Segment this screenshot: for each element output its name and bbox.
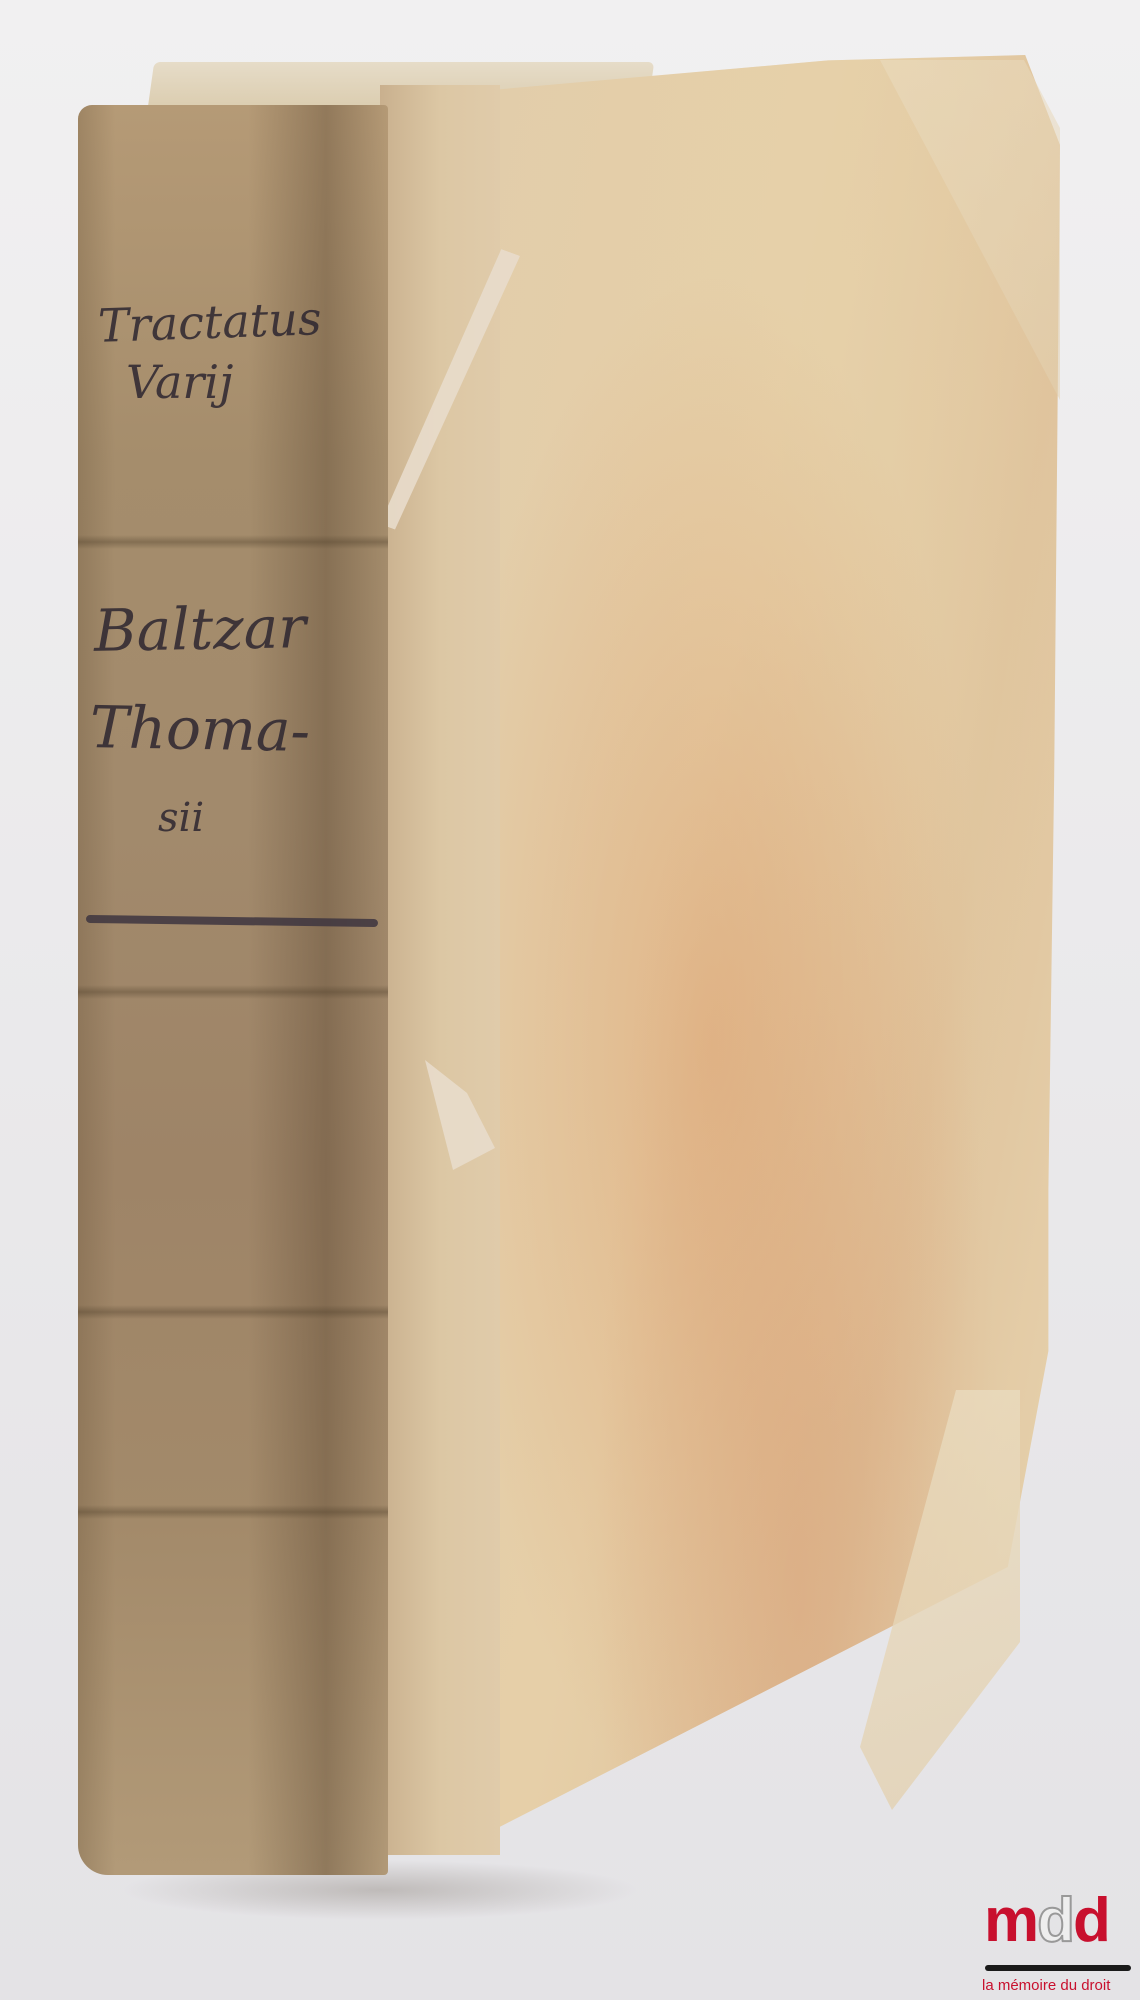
mdd-logo: mdd la mémoire du droit xyxy=(978,1890,1138,2000)
spine-raised-band xyxy=(78,985,388,999)
logo-tagline: la mémoire du droit xyxy=(982,1977,1110,1994)
spine-title-line2: Varij xyxy=(126,355,233,409)
spine-raised-band xyxy=(78,535,388,549)
book-photo: Tractatus Varij Baltzar Thoma- sii mdd l… xyxy=(0,0,1140,2000)
spine-raised-band xyxy=(78,1505,388,1519)
spine-hinge xyxy=(380,85,500,1855)
logo-underline xyxy=(985,1965,1131,1971)
logo-wordmark: mdd xyxy=(984,1890,1109,1952)
spine-author-line3: sii xyxy=(158,795,204,841)
book-spine: Tractatus Varij Baltzar Thoma- sii xyxy=(78,105,388,1875)
spine-author-line2: Thoma- xyxy=(89,693,310,765)
spine-ink-rule xyxy=(86,915,378,927)
spine-author-line1: Baltzar xyxy=(93,593,306,665)
spine-title-line1: Tractatus xyxy=(97,291,322,353)
spine-raised-band xyxy=(78,1305,388,1319)
